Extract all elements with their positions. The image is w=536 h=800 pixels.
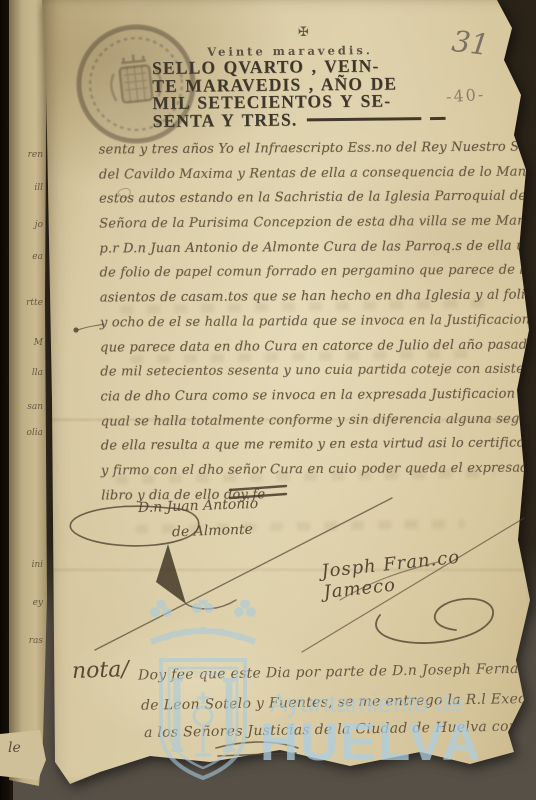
body-line: Señora de la Purisima Concepzion de esta… — [99, 214, 529, 242]
nota-line: a los Señores Justicias de la Ciudad de … — [144, 717, 536, 741]
sello-line-4: SENTA Y TRES. — [153, 109, 298, 131]
nota-line: Doy fee que este Dia por parte de D.n Jo… — [138, 660, 536, 683]
body-line: y firmo con el dho señor Cura en cuio po… — [101, 460, 531, 488]
cross-ornament-icon: ✠ — [298, 25, 309, 40]
body-line: p.r D.n Juan Antonio de Almonte Cura de … — [99, 238, 529, 266]
manuscript-page: ✠ Veinte maravedis. SELLO QVARTO , VEIN-… — [40, 0, 536, 790]
nota-line: de Leon Sotelo y Fuentes, se me entrego … — [141, 690, 536, 713]
signature-almonte-line1: D.n Juan Antonio — [138, 496, 259, 516]
body-line: de ella resulta a que me remito y en est… — [101, 436, 531, 464]
archival-scan: ren ill jo ea rtte M lla san olia ini ey… — [0, 0, 536, 800]
sello-cuarto-heading: SELLO QVARTO , VEIN- TE MARAVEDIS , AÑO … — [152, 57, 444, 130]
body-line: y ocho de el se halla la partida que se … — [100, 312, 530, 340]
manuscript-body: senta y tres años Yo el Infraescripto Es… — [99, 140, 532, 513]
nota-marginal-label: nota/ — [72, 657, 130, 684]
body-line: cia de dho Cura como se invoca en la exp… — [100, 386, 530, 414]
printed-rule — [307, 117, 421, 121]
body-line: qual se halla totalmente conforme y sin … — [101, 411, 531, 439]
printed-dash — [430, 117, 446, 120]
body-line: del Cavildo Maxima y Rentas de ella a co… — [99, 164, 529, 192]
body-line: que parece data en dho Cura en catorce d… — [100, 337, 530, 365]
folio-number-pencil: -40- — [445, 85, 485, 107]
body-line: de folio de papel comun forrado en perga… — [100, 263, 530, 291]
folio-number-ink: 31 — [450, 24, 491, 62]
signature-almonte-line2: de Almonte — [172, 522, 253, 541]
signature-notary: Josph Fran.co Jameco — [320, 539, 536, 603]
body-line: de mil setecientos sesenta y uno cuia pa… — [100, 362, 530, 390]
body-line: estos autos estando en la Sachristia de … — [99, 189, 529, 217]
body-line: asientos de casam.tos que se han hecho e… — [100, 288, 530, 316]
body-line: senta y tres años Yo el Infraescripto Es… — [99, 140, 529, 168]
page-wrap: ✠ Veinte maravedis. SELLO QVARTO , VEIN-… — [0, 0, 536, 800]
